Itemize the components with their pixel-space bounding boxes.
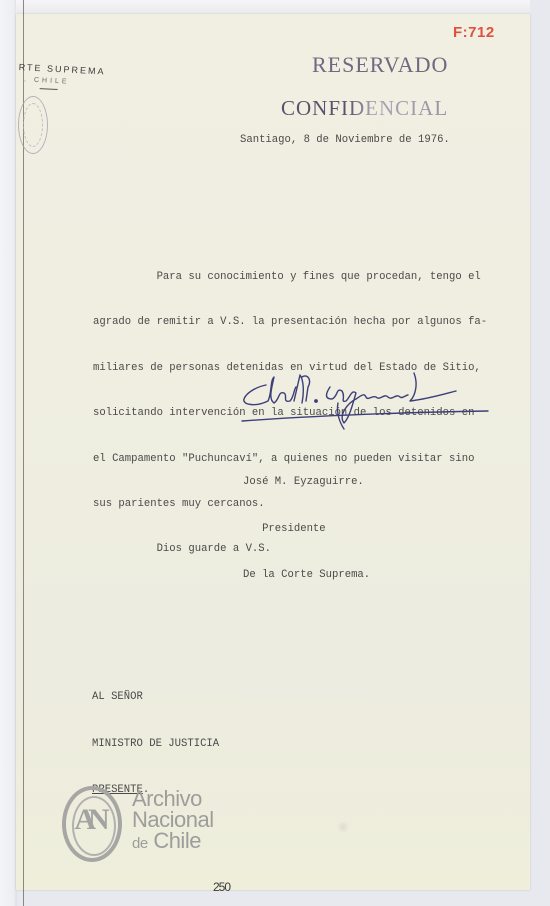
signatory-name: José M. Eyzaguirre.	[243, 475, 370, 491]
logo-text-chile: Chile	[153, 828, 201, 853]
addressee-salutation: AL SEÑOR	[92, 690, 219, 706]
court-seal-icon	[18, 96, 48, 154]
folio-number: F:712	[453, 24, 495, 41]
logo-text-de: de	[132, 835, 148, 852]
logo-text-archivo: Archivo	[132, 788, 214, 809]
addressee-recipient: MINISTRO DE JUSTICIA	[92, 737, 219, 753]
letterhead: RTE SUPREMA . CHILE	[18, 62, 106, 93]
body-line: agrado de remitir a V.S. la presentación…	[93, 315, 487, 330]
stamp-reservado: RESERVADO	[312, 52, 448, 78]
archive-logo-text: Archivo Nacional de Chile	[132, 788, 214, 854]
letterhead-country: . CHILE	[24, 76, 105, 87]
signatory-institution: De la Corte Suprema.	[243, 568, 370, 584]
logo-text-nacional: Nacional	[132, 809, 214, 830]
page-number: 250	[213, 880, 230, 894]
emblem-monogram: AN	[71, 802, 105, 838]
signature-block: José M. Eyzaguirre. Presidente De la Cor…	[243, 444, 370, 599]
handwritten-signature-icon	[238, 363, 498, 443]
signatory-title: Presidente	[243, 522, 370, 538]
letter-date: Santiago, 8 de Noviembre de 1976.	[240, 133, 450, 148]
body-line: Para su conocimiento y fines que proceda…	[93, 270, 487, 285]
paper-smudge	[336, 822, 350, 832]
stamp-confidencial: CONFIDENCIAL	[281, 96, 448, 121]
archivo-nacional-logo: AN Archivo Nacional de Chile	[62, 786, 222, 866]
